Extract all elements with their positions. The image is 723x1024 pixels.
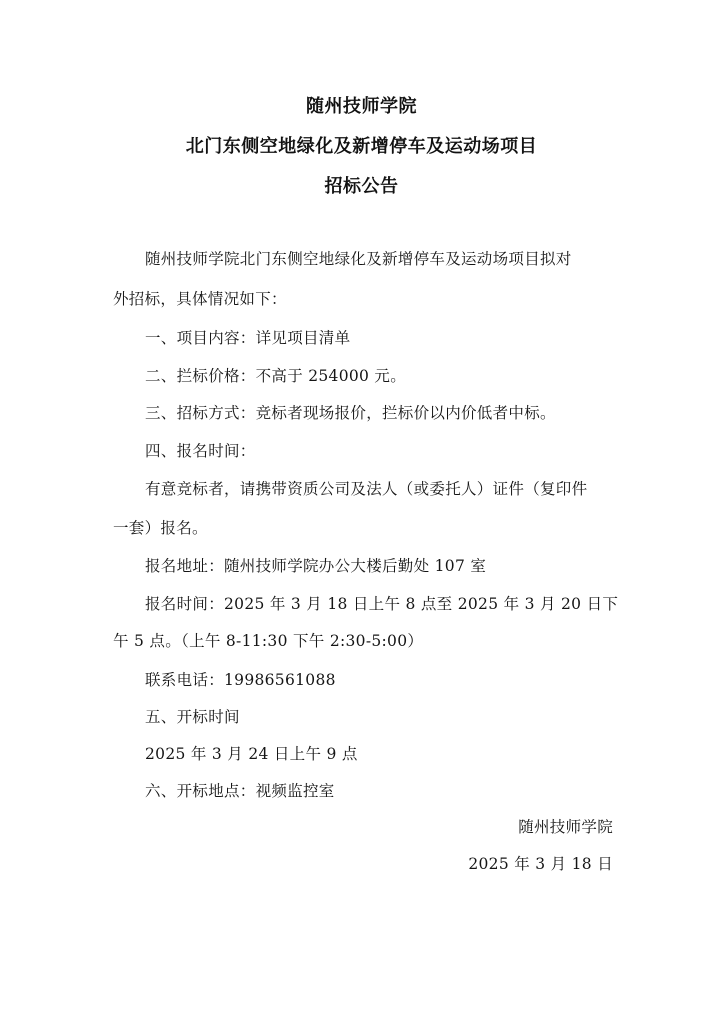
- document-page: 随州技师学院 北门东侧空地绿化及新增停车及运动场项目 招标公告 随州技师学院北门…: [0, 0, 723, 1024]
- section-1-project-content: 一、项目内容：详见项目清单: [145, 326, 350, 348]
- registration-time-line-2: 午 5 点。（上午 8-11:30 下午 2:30-5:00）: [113, 629, 423, 651]
- title-org: 随州技师学院: [0, 92, 723, 118]
- signature-org: 随州技师学院: [518, 815, 613, 837]
- contact-phone: 联系电话：19986561088: [145, 668, 336, 690]
- section-6-opening-location: 六、开标地点：视频监控室: [145, 779, 335, 801]
- section-5-opening-time-heading: 五、开标时间: [145, 705, 240, 727]
- section-3-bidding-method: 三、招标方式：竞标者现场报价，拦标价以内价低者中标。: [145, 401, 556, 423]
- intro-line-1: 随州技师学院北门东侧空地绿化及新增停车及运动场项目拟对: [145, 247, 572, 269]
- section-4-registration-heading: 四、报名时间：: [145, 439, 256, 461]
- registration-requirements-line-2: 一套）报名。: [113, 516, 208, 538]
- signature-date: 2025 年 3 月 18 日: [468, 852, 613, 874]
- title-notice: 招标公告: [0, 172, 723, 198]
- section-2-price-cap: 二、拦标价格：不高于 254000 元。: [145, 364, 406, 386]
- title-project: 北门东侧空地绿化及新增停车及运动场项目: [0, 132, 723, 158]
- registration-requirements-line-1: 有意竞标者，请携带资质公司及法人（或委托人）证件（复印件: [145, 477, 587, 499]
- opening-time-value: 2025 年 3 月 24 日上午 9 点: [145, 742, 358, 764]
- registration-address: 报名地址：随州技师学院办公大楼后勤处 107 室: [145, 554, 486, 576]
- intro-line-2: 外招标，具体情况如下：: [113, 287, 287, 309]
- registration-time-line-1: 报名时间：2025 年 3 月 18 日上午 8 点至 2025 年 3 月 2…: [145, 592, 618, 614]
